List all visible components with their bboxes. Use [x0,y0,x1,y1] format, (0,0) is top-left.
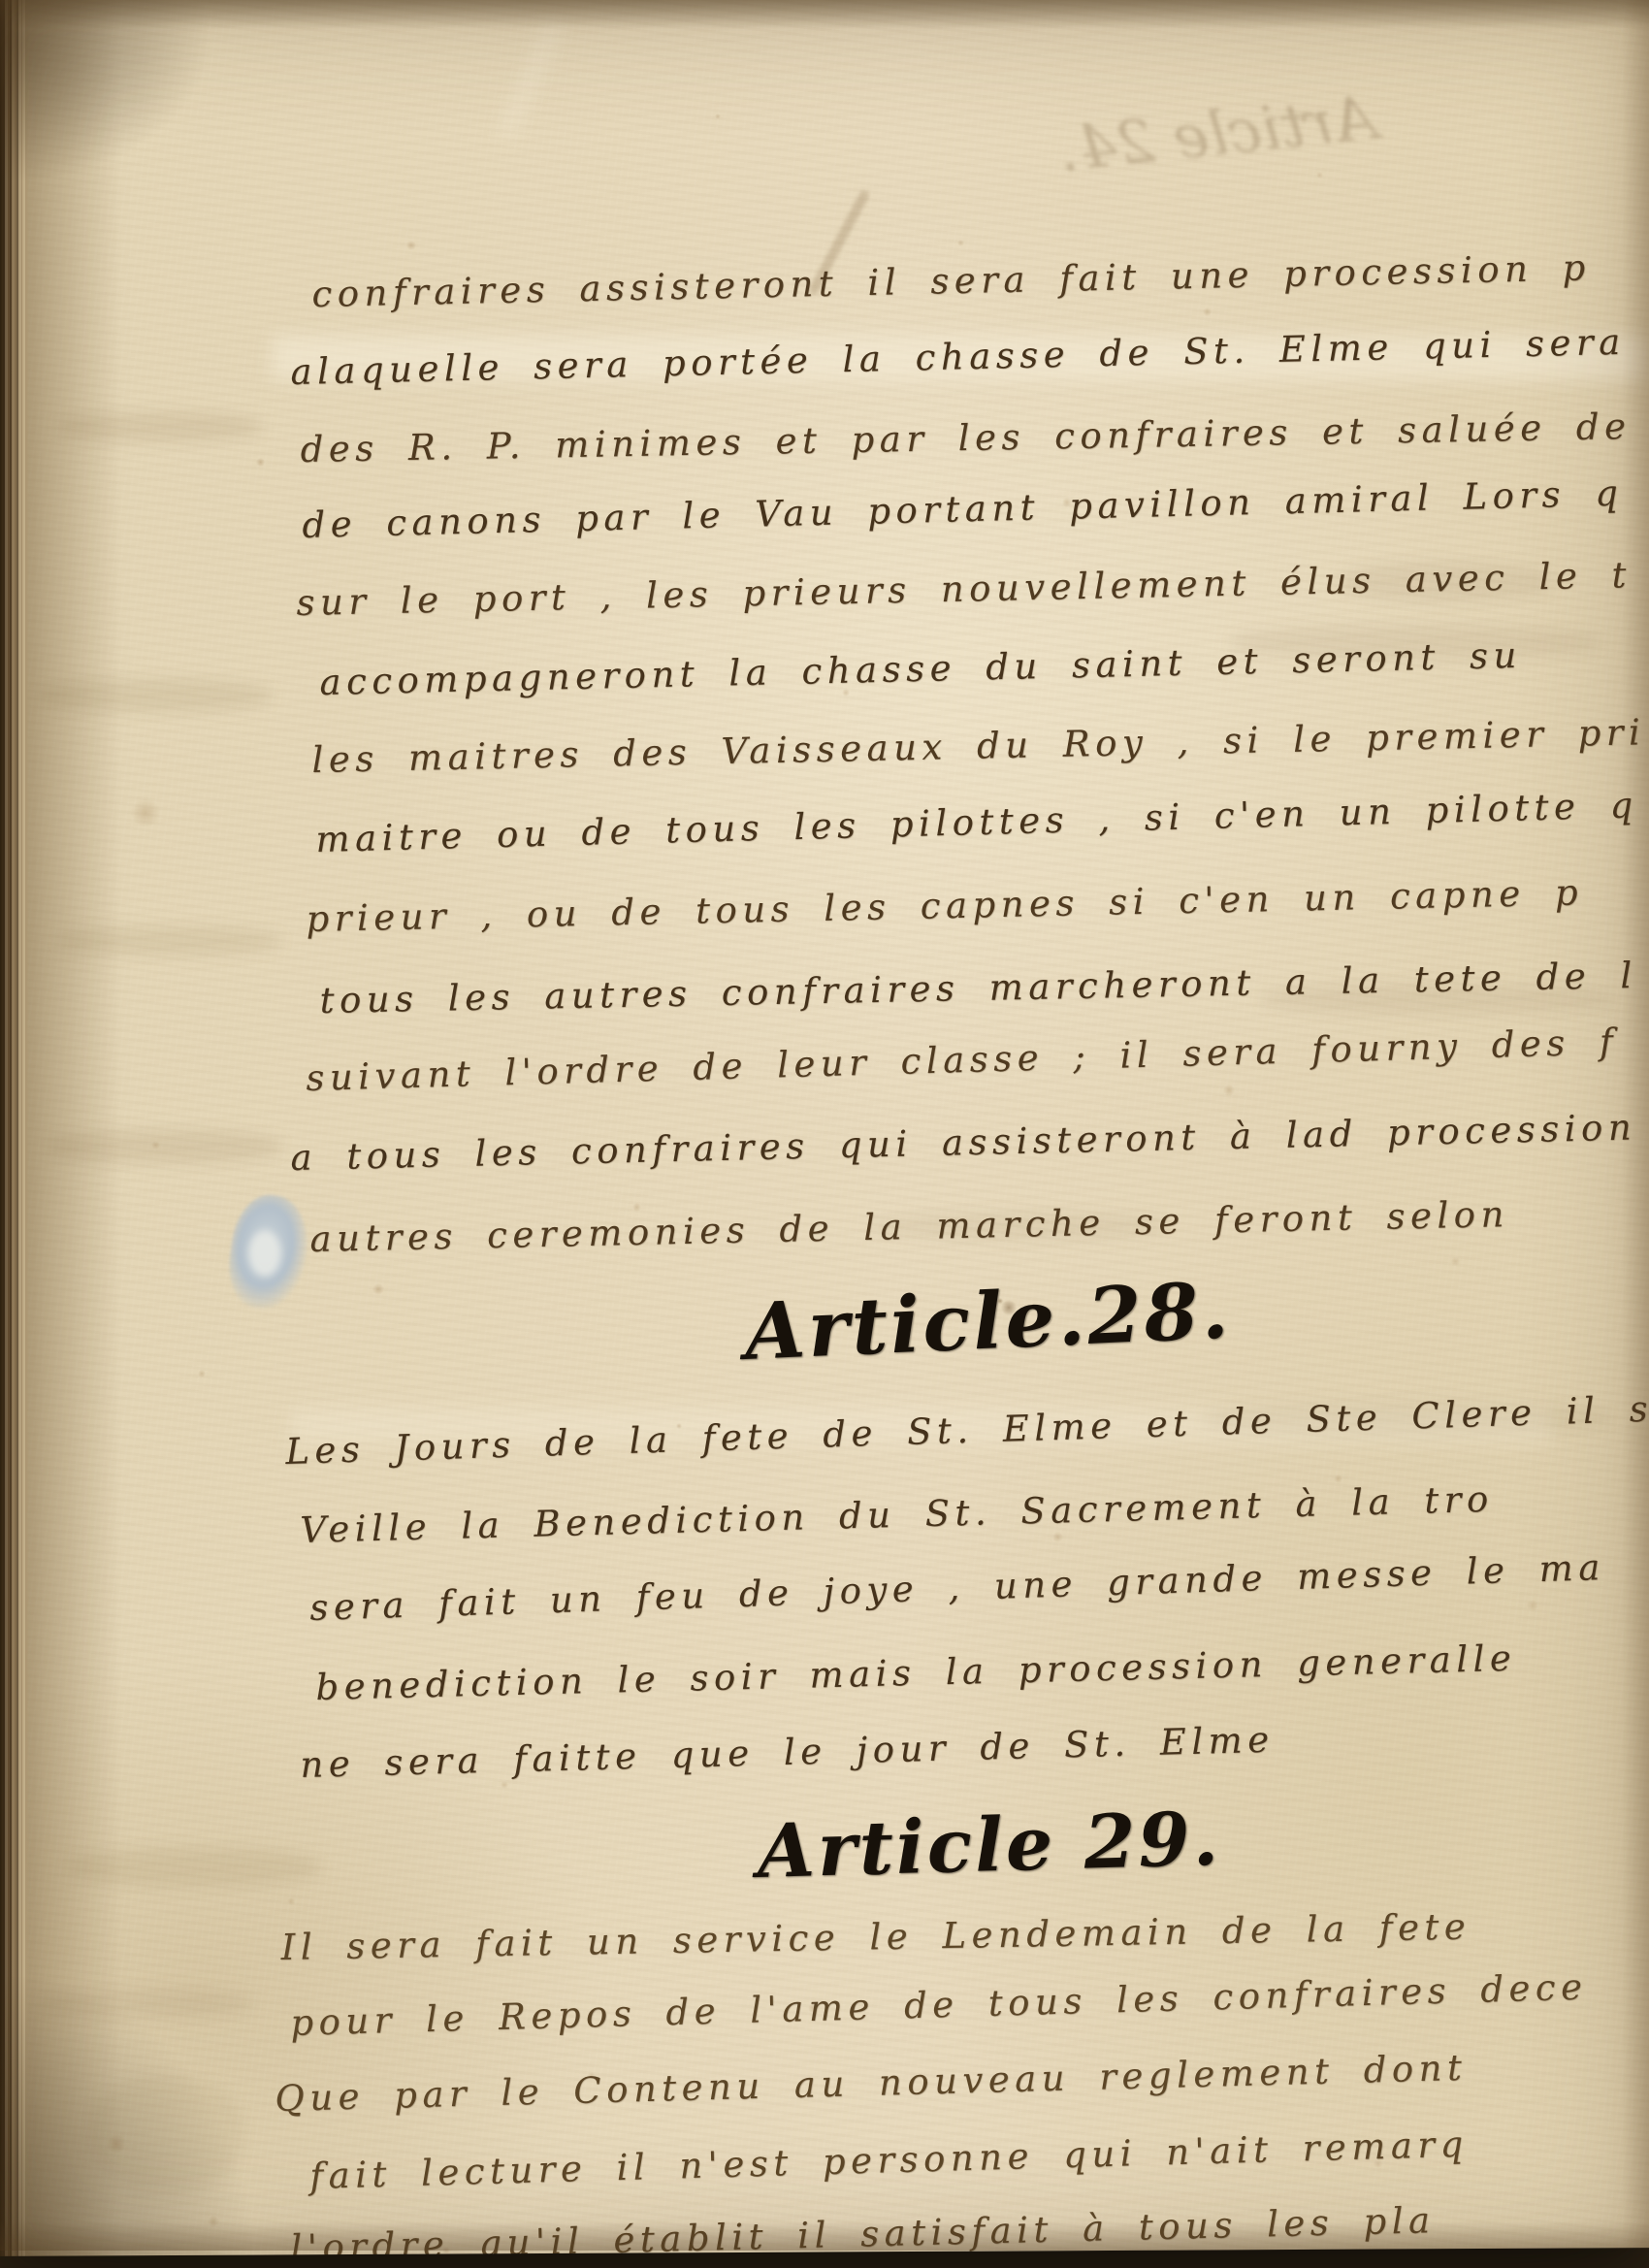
manuscript-line-6: accompagneront la chasse du saint et ser… [319,634,1522,703]
foxing-spot [1203,308,1212,316]
article-29-heading: Article 29. [757,1796,1222,1895]
bleedthrough-text: Article 24. [928,81,1379,199]
foxing-spot [151,1141,160,1150]
paper-crease-highlight [499,18,563,139]
right-edge-shadow [1622,0,1649,2268]
manuscript-line-21: Que par le Contenu au nouveau reglement … [275,2047,1468,2120]
foxing-spot [715,113,721,119]
foxing-spot [957,240,964,246]
foxing-spot [1223,1085,1235,1096]
manuscript-line-5: sur le port , les prieurs nouvellement é… [296,554,1632,624]
manuscript-line-16: sera fait un feu de joye , une grande me… [309,1546,1606,1629]
manuscript-line-19: Il sera fait un service le Lendemain de … [280,1906,1471,1968]
left-gutter-shadow [25,0,122,2268]
manuscript-line-7: les maitres des Vaisseaux du Roy , si le… [311,711,1646,781]
top-left-corner-shadow [0,0,213,184]
manuscript-line-15: Veille la Benediction du St. Sacrement à… [300,1478,1494,1551]
foxing-spot [1451,1257,1460,1266]
foxing-spot [632,1203,641,1212]
manuscript-line-17: benediction le soir mais la procession g… [315,1637,1517,1708]
manuscript-line-4: de canons par le Vau portant pavillon am… [302,472,1624,546]
foxing-spot [131,798,160,827]
manuscript-line-14: Les Jours de la fete de St. Elme et de S… [285,1386,1649,1473]
stacked-page-edges [3,0,22,2268]
manuscript-line-1: confraires assisteront il sera fait une … [311,246,1591,315]
article-28-heading: Article.28. [743,1264,1233,1377]
bottom-edge-shadow [0,2221,1649,2251]
manuscript-line-13: autres ceremonies de la marche se feront… [309,1193,1509,1260]
manuscript-line-22: fait lecture il n'est personne qui n'ait… [309,2123,1469,2197]
manuscript-line-12: a tous les confraires qui assisteront à … [290,1107,1637,1179]
manuscript-line-3: des R. P. minimes et par les confraires … [300,405,1631,470]
foxing-spot [406,241,416,250]
top-edge-shadow [0,0,1649,29]
manuscript-line-8: maitre ou de tous les pilottes , si c'en… [315,784,1638,860]
foxing-spot [1052,1532,1063,1542]
manuscript-line-11: suivant l'ordre de leur classe ; il sera… [306,1021,1619,1099]
foxing-spot [287,1897,295,1905]
blue-wax-stain-core [248,1230,281,1277]
manuscript-page: Article 24. Article.28. Article 29. conf… [0,0,1649,2268]
foxing-spot [198,1370,206,1377]
manuscript-line-18: ne sera faitte que le jour de St. Elme [300,1719,1275,1786]
foxing-spot [256,458,265,467]
manuscript-line-10: tous les autres confraires marcheront a … [319,955,1637,1021]
manuscript-line-9: prieur , ou de tous les capnes si c'en u… [306,871,1583,940]
foxing-spot [1527,1600,1538,1611]
foxing-spot [501,1781,508,1789]
foxing-spot [372,1283,384,1295]
manuscript-line-20: pour le Repos de l'ame de tous les confr… [290,1966,1588,2044]
foxing-spot [1316,172,1323,178]
manuscript-line-2: alaquelle sera portée la chasse de St. E… [290,321,1626,393]
